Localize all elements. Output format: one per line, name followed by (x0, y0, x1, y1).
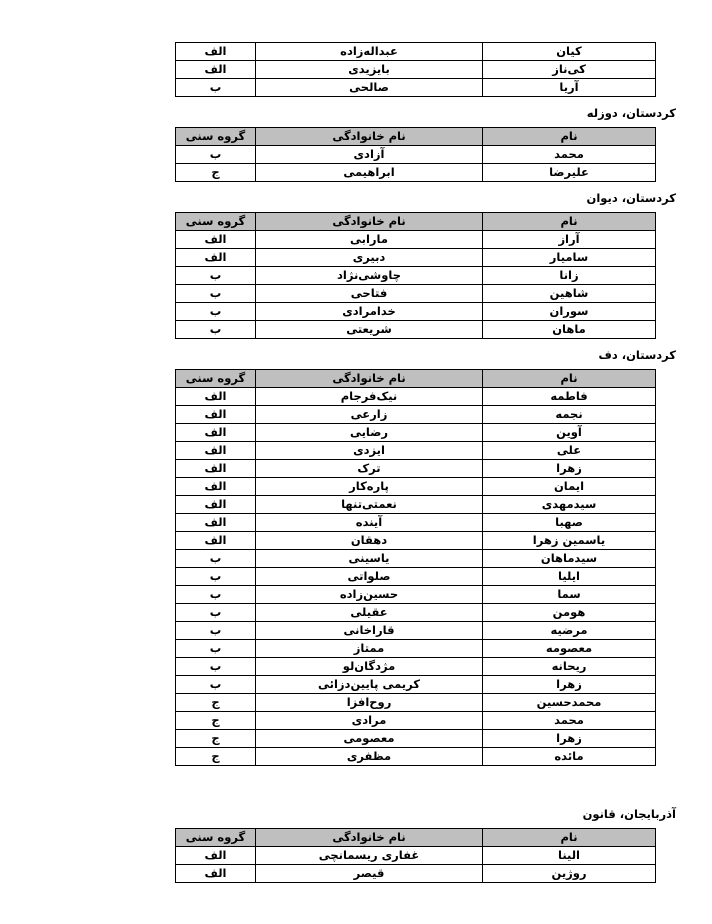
name-cell: روژین (483, 865, 656, 883)
family-name-cell: صالحی (256, 79, 483, 97)
age-group-cell: الف (176, 231, 256, 249)
name-cell: علیرضا (483, 164, 656, 182)
name-cell: نجمه (483, 406, 656, 424)
table-row: ماهان شریعتی ب (176, 321, 656, 339)
name-column-header: نام (483, 370, 656, 388)
table-header-row: نام نام خانوادگی گروه سنی (176, 829, 656, 847)
family-name-cell: ترک (256, 460, 483, 478)
family-name-cell: روح‌افزا (256, 694, 483, 712)
name-cell: سما (483, 586, 656, 604)
family-name-cell: عبداله‌زاده (256, 43, 483, 61)
table-row: آریا صالحی ب (176, 79, 656, 97)
roster-section: کیان عبداله‌زاده الف کی‌ناز بایزیدی الف … (36, 42, 676, 97)
family-name-cell: آینده (256, 514, 483, 532)
roster-table: نام نام خانوادگی گروه سنی محمد آزادی ب ع… (175, 127, 656, 182)
age-group-cell: الف (176, 460, 256, 478)
age-group-cell: الف (176, 442, 256, 460)
roster-section: آذربایجان، قانون نام نام خانوادگی گروه س… (36, 766, 676, 883)
document-page: کیان عبداله‌زاده الف کی‌ناز بایزیدی الف … (0, 0, 712, 924)
table-row: فاطمه نیک‌فرجام الف (176, 388, 656, 406)
age-group-cell: ب (176, 303, 256, 321)
table-row: معصومه ممتاز ب (176, 640, 656, 658)
name-cell: یاسمین زهرا (483, 532, 656, 550)
age-group-cell: الف (176, 514, 256, 532)
table-row: نام نام خانوادگی گروه سنی (176, 370, 656, 388)
table-row: سامیار دبیری الف (176, 249, 656, 267)
table-header-row: نام نام خانوادگی گروه سنی (176, 128, 656, 146)
age-group-cell: ج (176, 694, 256, 712)
table-row: هومن عقیلی ب (176, 604, 656, 622)
age-group-cell: الف (176, 424, 256, 442)
age-group-cell: الف (176, 249, 256, 267)
age-group-cell: ب (176, 658, 256, 676)
name-cell: ماهان (483, 321, 656, 339)
name-cell: فاطمه (483, 388, 656, 406)
family-name-cell: یاسینی (256, 550, 483, 568)
table-body: محمد آزادی ب علیرضا ابراهیمی ج (176, 146, 656, 182)
table-row: سوران خدامرادی ب (176, 303, 656, 321)
table-row: صهبا آینده الف (176, 514, 656, 532)
family-name-cell: حسین‌زاده (256, 586, 483, 604)
age-group-cell: الف (176, 61, 256, 79)
roster-section: کردستان، دف نام نام خانوادگی گروه سنی فا… (36, 348, 676, 766)
name-cell: کیان (483, 43, 656, 61)
name-cell: زهرا (483, 676, 656, 694)
family-name-cell: چاوشی‌نژاد (256, 267, 483, 285)
name-cell: زهرا (483, 460, 656, 478)
name-cell: صهبا (483, 514, 656, 532)
age-group-cell: ب (176, 568, 256, 586)
table-body: الینا غفاری ریسمانچی الف روژین قیصر الف (176, 847, 656, 883)
age-group-column-header: گروه سنی (176, 213, 256, 231)
family-name-cell: کریمی پایین‌دزائی (256, 676, 483, 694)
family-name-cell: پاره‌کار (256, 478, 483, 496)
name-cell: معصومه (483, 640, 656, 658)
age-group-cell: الف (176, 865, 256, 883)
family-name-cell: آزادی (256, 146, 483, 164)
family-name-cell: مارابی (256, 231, 483, 249)
family-name-cell: بایزیدی (256, 61, 483, 79)
age-group-column-header: گروه سنی (176, 128, 256, 146)
roster-table: نام نام خانوادگی گروه سنی آراز مارابی ال… (175, 212, 656, 339)
age-group-cell: ب (176, 586, 256, 604)
age-group-cell: الف (176, 496, 256, 514)
family-name-cell: صلواتی (256, 568, 483, 586)
age-group-cell: الف (176, 478, 256, 496)
name-cell: ریحانه (483, 658, 656, 676)
age-group-cell: ج (176, 730, 256, 748)
family-name-cell: رضایی (256, 424, 483, 442)
table-row: سما حسین‌زاده ب (176, 586, 656, 604)
section-heading: کردستان، دوزله (36, 106, 676, 120)
table-row: علی ایزدی الف (176, 442, 656, 460)
name-column-header: نام (483, 829, 656, 847)
name-cell: سامیار (483, 249, 656, 267)
roster-table: نام نام خانوادگی گروه سنی الینا غفاری ری… (175, 828, 656, 883)
name-cell: هومن (483, 604, 656, 622)
name-cell: آراز (483, 231, 656, 249)
family-name-cell: دبیری (256, 249, 483, 267)
table-row: مرضیه قاراخانی ب (176, 622, 656, 640)
family-name-cell: دهقان (256, 532, 483, 550)
name-cell: سیدمهدی (483, 496, 656, 514)
table-row: الینا غفاری ریسمانچی الف (176, 847, 656, 865)
table-row: محمد مرادی ج (176, 712, 656, 730)
table-row: نام نام خانوادگی گروه سنی (176, 213, 656, 231)
age-group-cell: ج (176, 748, 256, 766)
table-row: زهرا ترک الف (176, 460, 656, 478)
family-name-cell: مظفری (256, 748, 483, 766)
age-group-column-header: گروه سنی (176, 370, 256, 388)
table-row: علیرضا ابراهیمی ج (176, 164, 656, 182)
name-cell: مرضیه (483, 622, 656, 640)
age-group-cell: الف (176, 43, 256, 61)
age-group-cell: ب (176, 676, 256, 694)
table-body: آراز مارابی الف سامیار دبیری الف زانا چا… (176, 231, 656, 339)
age-group-cell: ج (176, 712, 256, 730)
table-row: شاهین فتاحی ب (176, 285, 656, 303)
table-body: کیان عبداله‌زاده الف کی‌ناز بایزیدی الف … (176, 43, 656, 97)
table-row: نجمه زارعی الف (176, 406, 656, 424)
table-row: روژین قیصر الف (176, 865, 656, 883)
name-cell: مائده (483, 748, 656, 766)
age-group-cell: الف (176, 388, 256, 406)
name-column-header: نام (483, 213, 656, 231)
sections-container: کیان عبداله‌زاده الف کی‌ناز بایزیدی الف … (36, 42, 676, 883)
age-group-cell: ب (176, 79, 256, 97)
table-row: زهرا معصومی ج (176, 730, 656, 748)
family-name-column-header: نام خانوادگی (256, 213, 483, 231)
table-row: یاسمین زهرا دهقان الف (176, 532, 656, 550)
table-header-row: نام نام خانوادگی گروه سنی (176, 370, 656, 388)
roster-section: کردستان، دیوان نام نام خانوادگی گروه سنی… (36, 191, 676, 339)
family-name-cell: نعمتی‌تنها (256, 496, 483, 514)
family-name-cell: قیصر (256, 865, 483, 883)
table-row: آراز مارابی الف (176, 231, 656, 249)
family-name-cell: ایزدی (256, 442, 483, 460)
section-heading: کردستان، دف (36, 348, 676, 362)
family-name-column-header: نام خانوادگی (256, 370, 483, 388)
section-heading: کردستان، دیوان (36, 191, 676, 205)
table-header-row: نام نام خانوادگی گروه سنی (176, 213, 656, 231)
age-group-cell: ب (176, 550, 256, 568)
name-cell: سوران (483, 303, 656, 321)
family-name-cell: ابراهیمی (256, 164, 483, 182)
age-group-cell: ب (176, 604, 256, 622)
family-name-cell: خدامرادی (256, 303, 483, 321)
family-name-cell: قاراخانی (256, 622, 483, 640)
roster-table: نام نام خانوادگی گروه سنی فاطمه نیک‌فرجا… (175, 369, 656, 766)
table-body: فاطمه نیک‌فرجام الف نجمه زارعی الف آوین … (176, 388, 656, 766)
table-row: سیدمهدی نعمتی‌تنها الف (176, 496, 656, 514)
name-cell: زانا (483, 267, 656, 285)
name-cell: زهرا (483, 730, 656, 748)
name-cell: محمدحسین (483, 694, 656, 712)
age-group-cell: الف (176, 532, 256, 550)
family-name-cell: ممتاز (256, 640, 483, 658)
table-row: آوین رضایی الف (176, 424, 656, 442)
name-cell: سیدماهان (483, 550, 656, 568)
roster-table: کیان عبداله‌زاده الف کی‌ناز بایزیدی الف … (175, 42, 656, 97)
section-heading: آذربایجان، قانون (36, 807, 676, 821)
table-row: زهرا کریمی پایین‌دزائی ب (176, 676, 656, 694)
name-cell: ایلیا (483, 568, 656, 586)
table-row: محمد آزادی ب (176, 146, 656, 164)
family-name-cell: مرادی (256, 712, 483, 730)
name-cell: ایمان (483, 478, 656, 496)
name-cell: محمد (483, 712, 656, 730)
roster-section: کردستان، دوزله نام نام خانوادگی گروه سنی… (36, 106, 676, 182)
family-name-column-header: نام خانوادگی (256, 128, 483, 146)
table-row: نام نام خانوادگی گروه سنی (176, 829, 656, 847)
table-row: کیان عبداله‌زاده الف (176, 43, 656, 61)
family-name-cell: فتاحی (256, 285, 483, 303)
name-cell: الینا (483, 847, 656, 865)
family-name-cell: مژدگان‌لو (256, 658, 483, 676)
family-name-cell: غفاری ریسمانچی (256, 847, 483, 865)
age-group-cell: ب (176, 146, 256, 164)
age-group-cell: الف (176, 847, 256, 865)
table-row: سیدماهان یاسینی ب (176, 550, 656, 568)
age-group-cell: الف (176, 406, 256, 424)
table-row: کی‌ناز بایزیدی الف (176, 61, 656, 79)
table-row: ایمان پاره‌کار الف (176, 478, 656, 496)
name-cell: کی‌ناز (483, 61, 656, 79)
name-cell: شاهین (483, 285, 656, 303)
table-row: ایلیا صلواتی ب (176, 568, 656, 586)
table-row: نام نام خانوادگی گروه سنی (176, 128, 656, 146)
age-group-cell: ب (176, 321, 256, 339)
age-group-cell: ب (176, 267, 256, 285)
age-group-cell: ب (176, 285, 256, 303)
age-group-column-header: گروه سنی (176, 829, 256, 847)
table-row: ریحانه مژدگان‌لو ب (176, 658, 656, 676)
family-name-cell: نیک‌فرجام (256, 388, 483, 406)
table-row: زانا چاوشی‌نژاد ب (176, 267, 656, 285)
name-cell: محمد (483, 146, 656, 164)
family-name-column-header: نام خانوادگی (256, 829, 483, 847)
family-name-cell: شریعتی (256, 321, 483, 339)
family-name-cell: عقیلی (256, 604, 483, 622)
table-row: مائده مظفری ج (176, 748, 656, 766)
table-row: محمدحسین روح‌افزا ج (176, 694, 656, 712)
age-group-cell: ج (176, 164, 256, 182)
family-name-cell: زارعی (256, 406, 483, 424)
name-cell: علی (483, 442, 656, 460)
name-cell: آریا (483, 79, 656, 97)
age-group-cell: ب (176, 622, 256, 640)
name-cell: آوین (483, 424, 656, 442)
family-name-cell: معصومی (256, 730, 483, 748)
age-group-cell: ب (176, 640, 256, 658)
name-column-header: نام (483, 128, 656, 146)
